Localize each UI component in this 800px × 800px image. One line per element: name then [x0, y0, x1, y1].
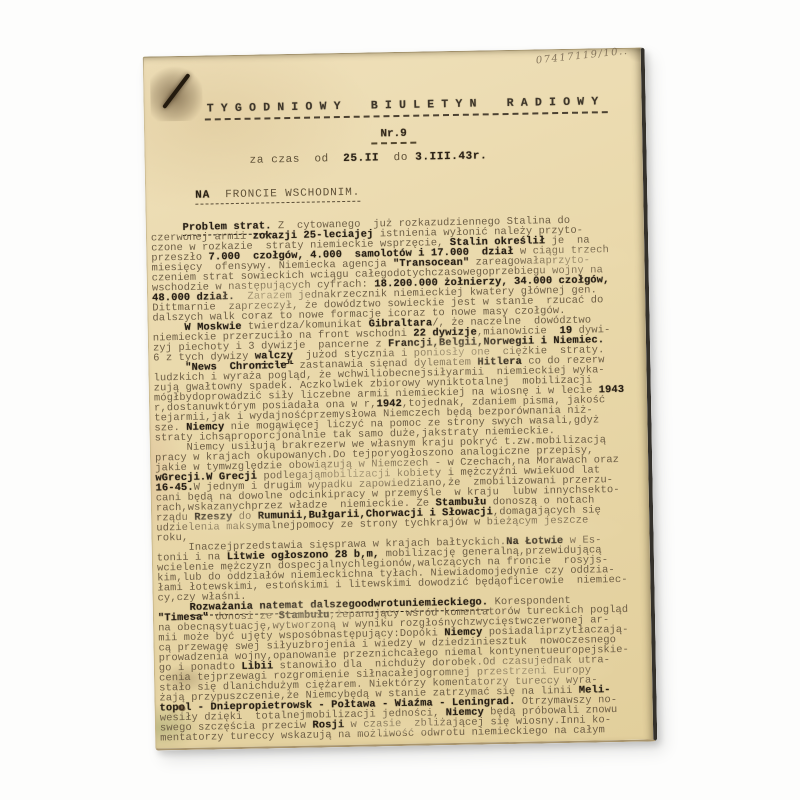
- date-range-line: za czas od 25.II do 3.III.43r.: [249, 148, 642, 167]
- masthead: TYGODNIOWY BIULETYN RADIOWY Nr.9 za czas…: [144, 49, 643, 169]
- staple-mark: [150, 65, 203, 122]
- scanned-document-page: 07417119/10.. TYGODNIOWY BIULETYN RADIOW…: [0, 0, 800, 800]
- bulletin-title: TYGODNIOWY BIULETYN RADIOWY: [144, 91, 641, 122]
- document-body: Problem strat. Z cytowanego już rozkazud…: [151, 215, 653, 744]
- bulletin-title-text: TYGODNIOWY BIULETYN RADIOWY: [205, 95, 608, 120]
- issue-number-text: Nr.9: [371, 128, 416, 145]
- document-paper: 07417119/10.. TYGODNIOWY BIULETYN RADIOW…: [143, 47, 658, 750]
- section-heading-text: NA FRONCIE WSCHODNIM.: [195, 187, 360, 205]
- staple-pin-icon: [162, 73, 190, 109]
- section-heading: NA FRONCIE WSCHODNIM.: [150, 170, 644, 218]
- issue-number: Nr.9: [145, 119, 642, 149]
